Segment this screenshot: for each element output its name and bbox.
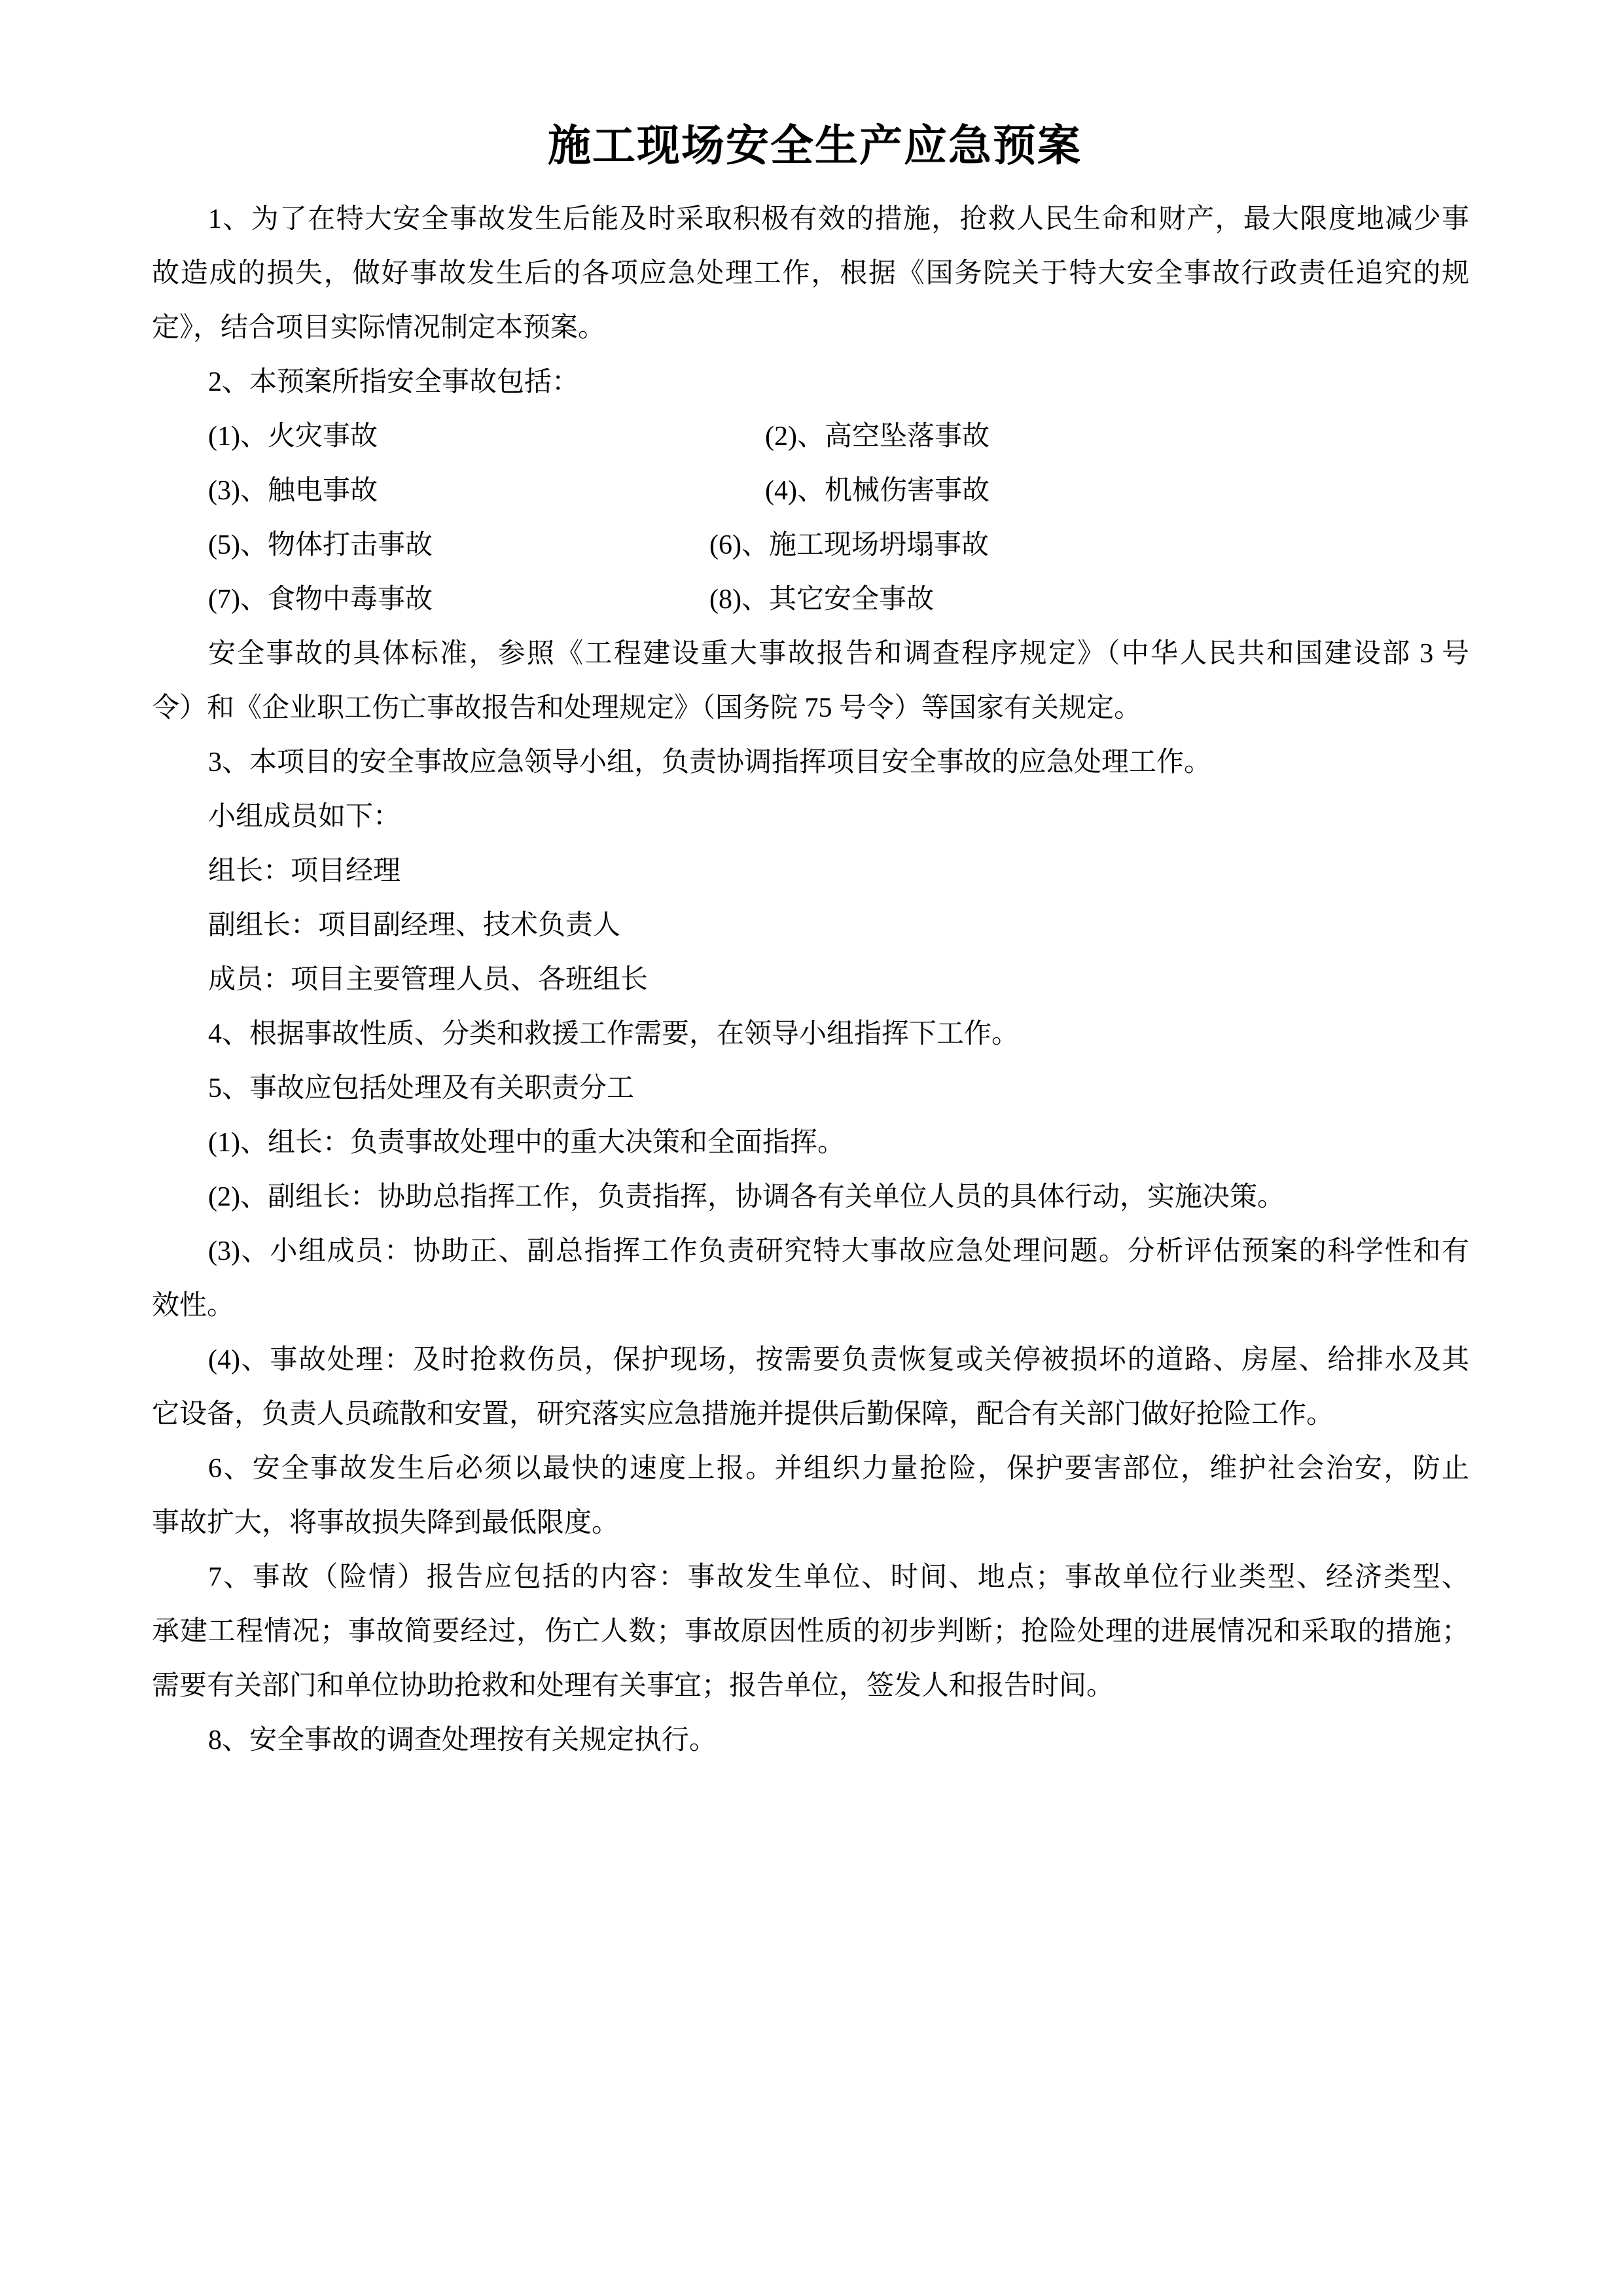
text-line-content: (7)、食物中毒事故 — [208, 584, 433, 615]
text-line: 8、安全事故的调查处理按有关规定执行。 — [152, 1713, 1469, 1768]
text-line-content: (3)、小组成员：协助正、副总指挥工作负责研究特大事故应急处理问题。分析评估预案… — [208, 1236, 1469, 1266]
text-line-content: 8、安全事故的调查处理按有关规定执行。 — [208, 1725, 717, 1755]
text-line-content: 2、本预案所指安全事故包括： — [208, 367, 579, 397]
text-line-content: 故造成的损失，做好事故发生后的各项应急处理工作，根据《国务院关于特大安全事故行政… — [152, 259, 1469, 289]
text-line: 3、本项目的安全事故应急领导小组，负责协调指挥项目安全事故的应急处理工作。 — [152, 736, 1469, 790]
text-line-content: (3)、触电事故 — [208, 476, 378, 506]
text-line: 令）和《企业职工伤亡事故报告和处理规定》（国务院 75 号令）等国家有关规定。 — [152, 681, 1469, 736]
text-line: 5、事故应包括处理及有关职责分工 — [152, 1062, 1469, 1116]
text-line-content: 需要有关部门和单位协助抢救和处理有关事宜；报告单位，签发人和报告时间。 — [152, 1671, 1114, 1701]
text-line: (1)、组长：负责事故处理中的重大决策和全面指挥。 — [152, 1116, 1469, 1170]
text-line-content: 令）和《企业职工伤亡事故报告和处理规定》（国务院 75 号令）等国家有关规定。 — [152, 693, 1141, 723]
text-line: 安全事故的具体标准，参照《工程建设重大事故报告和调查程序规定》（中华人民共和国建… — [152, 627, 1469, 681]
text-line: 副组长：项目副经理、技术负责人 — [152, 899, 1469, 953]
text-line-col2: (4)、机械伤害事故 — [765, 464, 990, 518]
text-line: (3)、小组成员：协助正、副总指挥工作负责研究特大事故应急处理问题。分析评估预案… — [152, 1225, 1469, 1279]
text-line: (4)、事故处理：及时抢救伤员，保护现场，按需要负责恢复或关停被损坏的道路、房屋… — [152, 1333, 1469, 1388]
text-line-content: 6、安全事故发生后必须以最快的速度上报。并组织力量抢险，保护要害部位，维护社会治… — [208, 1454, 1469, 1484]
text-line: 需要有关部门和单位协助抢救和处理有关事宜；报告单位，签发人和报告时间。 — [152, 1659, 1469, 1713]
text-line-content: 7、事故（险情）报告应包括的内容：事故发生单位、时间、地点；事故单位行业类型、经… — [208, 1562, 1469, 1592]
text-line: 定》，结合项目实际情况制定本预案。 — [152, 301, 1469, 355]
text-line-content: 副组长：项目副经理、技术负责人 — [208, 910, 620, 941]
text-line: 事故扩大，将事故损失降到最低限度。 — [152, 1496, 1469, 1551]
text-line: 组长：项目经理 — [152, 844, 1469, 899]
text-line-content: 承建工程情况；事故简要经过，伤亡人数；事故原因性质的初步判断；抢险处理的进展情况… — [152, 1617, 1469, 1647]
text-line: 4、根据事故性质、分类和救援工作需要，在领导小组指挥下工作。 — [152, 1007, 1469, 1062]
text-line: 承建工程情况；事故简要经过，伤亡人数；事故原因性质的初步判断；抢险处理的进展情况… — [152, 1605, 1469, 1659]
text-line-content: 1、为了在特大安全事故发生后能及时采取积极有效的措施，抢救人民生命和财产，最大限… — [208, 204, 1469, 234]
text-line: 6、安全事故发生后必须以最快的速度上报。并组织力量抢险，保护要害部位，维护社会治… — [152, 1442, 1469, 1496]
text-line: 故造成的损失，做好事故发生后的各项应急处理工作，根据《国务院关于特大安全事故行政… — [152, 247, 1469, 301]
text-line-content: (1)、组长：负责事故处理中的重大决策和全面指挥。 — [208, 1128, 845, 1158]
text-line-content: 小组成员如下： — [208, 802, 401, 832]
text-line: 效性。 — [152, 1279, 1469, 1333]
text-line-content: (1)、火灾事故 — [208, 422, 378, 452]
text-line: 它设备，负责人员疏散和安置，研究落实应急措施并提供后勤保障，配合有关部门做好抢险… — [152, 1388, 1469, 1442]
text-line: 2、本预案所指安全事故包括： — [152, 355, 1469, 410]
text-line-content: 定》，结合项目实际情况制定本预案。 — [152, 313, 605, 343]
text-line-content: 它设备，负责人员疏散和安置，研究落实应急措施并提供后勤保障，配合有关部门做好抢险… — [152, 1399, 1334, 1429]
text-line: 小组成员如下： — [152, 790, 1469, 844]
text-line: (1)、火灾事故(2)、高空坠落事故 — [152, 410, 1469, 464]
text-line-col2: (2)、高空坠落事故 — [765, 410, 990, 464]
text-line: (2)、副组长：协助总指挥工作，负责指挥，协调各有关单位人员的具体行动，实施决策… — [152, 1170, 1469, 1225]
text-line: (7)、食物中毒事故(8)、其它安全事故 — [152, 573, 1469, 627]
text-line-content: (5)、物体打击事故 — [208, 530, 433, 560]
text-line: (5)、物体打击事故(6)、施工现场坍塌事故 — [152, 518, 1469, 573]
text-line-col2: (6)、施工现场坍塌事故 — [709, 518, 989, 573]
document-title: 施工现场安全生产应急预案 — [157, 113, 1472, 181]
text-line: 1、为了在特大安全事故发生后能及时采取积极有效的措施，抢救人民生命和财产，最大限… — [152, 192, 1469, 247]
text-line: 成员：项目主要管理人员、各班组长 — [152, 953, 1469, 1007]
text-line-content: 成员：项目主要管理人员、各班组长 — [208, 965, 648, 995]
text-line-col2: (8)、其它安全事故 — [709, 573, 934, 627]
text-line-content: 4、根据事故性质、分类和救援工作需要，在领导小组指挥下工作。 — [208, 1019, 1019, 1049]
document-body: 1、为了在特大安全事故发生后能及时采取积极有效的措施，抢救人民生命和财产，最大限… — [152, 192, 1469, 1768]
text-line-content: 3、本项目的安全事故应急领导小组，负责协调指挥项目安全事故的应急处理工作。 — [208, 747, 1211, 778]
text-line: 7、事故（险情）报告应包括的内容：事故发生单位、时间、地点；事故单位行业类型、经… — [152, 1551, 1469, 1605]
text-line-content: (4)、事故处理：及时抢救伤员，保护现场，按需要负责恢复或关停被损坏的道路、房屋… — [208, 1345, 1469, 1375]
text-line-content: 5、事故应包括处理及有关职责分工 — [208, 1073, 634, 1103]
text-line-content: 组长：项目经理 — [208, 856, 401, 886]
text-line: (3)、触电事故(4)、机械伤害事故 — [152, 464, 1469, 518]
document-page: 施工现场安全生产应急预案 1、为了在特大安全事故发生后能及时采取积极有效的措施，… — [0, 0, 1623, 2296]
text-line-content: 事故扩大，将事故损失降到最低限度。 — [152, 1508, 619, 1538]
text-line-content: 安全事故的具体标准，参照《工程建设重大事故报告和调查程序规定》（中华人民共和国建… — [208, 639, 1469, 669]
text-line-content: 效性。 — [152, 1291, 234, 1321]
text-line-content: (2)、副组长：协助总指挥工作，负责指挥，协调各有关单位人员的具体行动，实施决策… — [208, 1182, 1285, 1212]
